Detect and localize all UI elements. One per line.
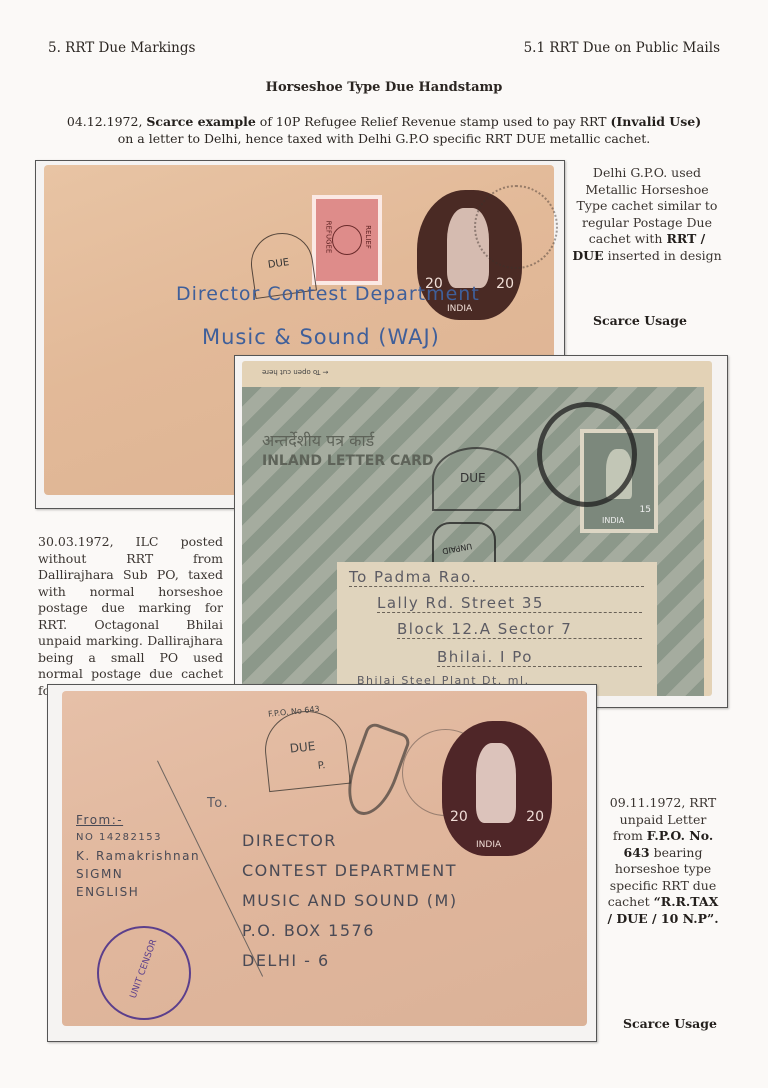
inland-letter-card: ← To open cut here अन्तर्देशीय पत्र कार्… [242, 361, 712, 696]
ilc-address-panel: To Padma Rao. Lally Rd. Street 35 Block … [337, 562, 657, 696]
address-line: Lally Rd. Street 35 [377, 594, 642, 613]
address-line: Director Contest Department [176, 283, 480, 305]
page-subsection-title: 5.1 RRT Due on Public Mails [524, 40, 720, 56]
address-line: Block 12.A Sector 7 [397, 620, 642, 639]
ilc-printed-area: अन्तर्देशीय पत्र कार्ड INLAND LETTER CAR… [242, 387, 704, 696]
ashoka-pillar-icon [476, 743, 516, 823]
dallirajhara-postmark [537, 402, 637, 507]
cover-3-mount: F.P.O. No 643 DUE P. 20 20 INDIA From:- … [47, 684, 597, 1042]
postmark [474, 185, 558, 269]
cover-3-envelope: F.P.O. No 643 DUE P. 20 20 INDIA From:- … [62, 691, 587, 1026]
to-label: To. [207, 796, 229, 811]
intro-description: 04.12.1972, Scarce example of 10P Refuge… [0, 113, 768, 147]
address-line: To Padma Rao. [349, 568, 644, 587]
note-fpo-643: 09.11.1972, RRT unpaid Letter from F.P.O… [604, 795, 722, 927]
fpo-643-rrt-due-cachet: F.P.O. No 643 DUE P. [261, 707, 351, 792]
page-title: Horseshoe Type Due Handstamp [0, 80, 768, 95]
note-dallirajhara-ilc: 30.03.1972, ILC posted without RRT from … [38, 534, 223, 699]
ilc-hindi-title: अन्तर्देशीय पत्र कार्ड [262, 429, 374, 451]
refugee-relief-stamp: REFUGEE RELIEF [312, 195, 382, 285]
page-section-title: 5. RRT Due Markings [48, 40, 195, 56]
scarce-usage-label: Scarce Usage [623, 1016, 717, 1033]
stamp-emblem-icon [332, 225, 362, 255]
recipient-address: DIRECTOR CONTEST DEPARTMENT MUSIC AND SO… [242, 826, 458, 976]
embossed-postage-stamp: 20 20 INDIA [442, 721, 552, 856]
note-delhi-gpo: Delhi G.P.O. used Metallic Horseshoe Typ… [572, 165, 722, 264]
scarce-usage-label: Scarce Usage [593, 313, 687, 330]
cover-2-mount: ← To open cut here अन्तर्देशीय पत्र कार्… [234, 355, 728, 708]
address-line: Music & Sound (WAJ) [202, 325, 440, 349]
cut-here-instruction: ← To open cut here [262, 368, 328, 376]
unit-censor-cachet: UNIT CENSOR [97, 926, 191, 1020]
address-line: Bhilai. I Po [437, 648, 642, 667]
ilc-english-title: INLAND LETTER CARD [262, 453, 434, 469]
due-horseshoe-cachet: DUE [432, 447, 521, 511]
sender-address: From:- NO 14282153 K. Ramakrishnan SIGMN… [76, 811, 200, 901]
